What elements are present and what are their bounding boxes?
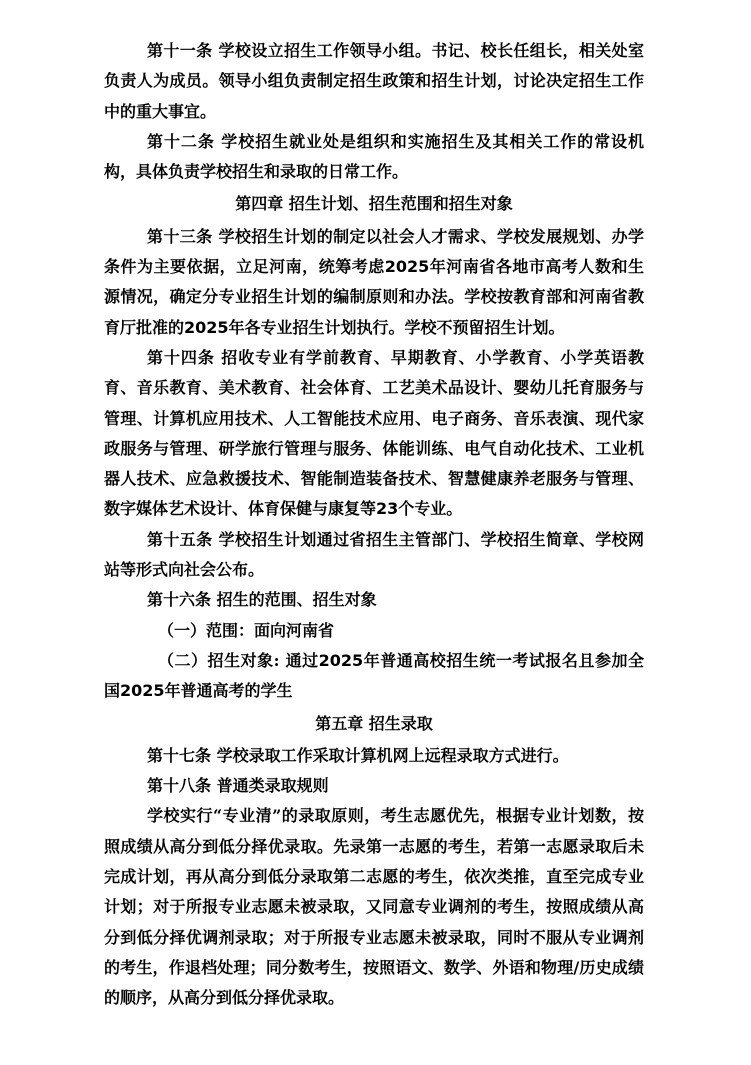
clause-paragraph: 第十八条 普通类录取规则	[104, 771, 644, 801]
bold-number: 23	[376, 499, 398, 518]
bold-number: 2025	[319, 651, 364, 670]
document-body: 第十一条 学校设立招生工作领导小组。书记、校长任组长，相关处室负责人为成员。领导…	[104, 36, 644, 1014]
bold-number: 2025	[385, 257, 430, 276]
text-run: 个专业。	[398, 499, 462, 518]
clause-paragraph: 第十七条 学校录取工作采取计算机网上远程录取方式进行。	[104, 741, 644, 771]
text-run: （一）范围：面向河南省	[158, 621, 334, 640]
text-run: 第十八条 普通类录取规则	[147, 776, 329, 795]
text-run: 第十五条 学校招生计划通过省招生主管部门、学校招生简章、学校网站等形式向社会公布…	[104, 530, 644, 579]
clause-paragraph: 第十一条 学校设立招生工作领导小组。书记、校长任组长，相关处室负责人为成员。领导…	[104, 36, 644, 127]
text-run: 第四章 招生计划、招生范围和招生对象	[235, 194, 513, 213]
clause-paragraph: 学校实行“专业清”的录取原则，考生志愿优先，根据专业计划数，按照成绩从高分到低分…	[104, 801, 644, 1013]
text-run: 年普通高考的学生	[165, 681, 293, 700]
text-run: 第十二条 学校招生就业处是组织和实施招生及其相关工作的常设机构，具体负责学校招生…	[104, 132, 644, 181]
chapter-heading: 第四章 招生计划、招生范围和招生对象	[104, 189, 644, 219]
bold-number: 2025	[120, 681, 165, 700]
text-run: 第十四条 招收专业有学前教育、早期教育、小学教育、小学英语教育、音乐教育、美术教…	[104, 348, 644, 518]
text-run: 第十七条 学校录取工作采取计算机网上远程录取方式进行。	[147, 746, 569, 765]
chapter-heading: 第五章 招生录取	[104, 709, 644, 739]
text-run: 年各专业招生计划执行。学校不预留招生计划。	[229, 318, 565, 337]
clause-paragraph: 第十四条 招收专业有学前教育、早期教育、小学教育、小学英语教育、音乐教育、美术教…	[104, 343, 644, 525]
text-run: 第十一条 学校设立招生工作领导小组。书记、校长任组长，相关处室负责人为成员。领导…	[104, 41, 644, 121]
document-page: 第十一条 学校设立招生工作领导小组。书记、校长任组长，相关处室负责人为成员。领导…	[0, 0, 751, 1065]
text-run: 第五章 招生录取	[315, 714, 433, 733]
list-item-paragraph: （二）招生对象: 通过2025年普通高校招生统一考试报名且参加全国2025年普通…	[104, 646, 644, 707]
list-item-paragraph: （一）范围：面向河南省	[104, 616, 644, 646]
text-run: 学校实行“专业清”的录取原则，考生志愿优先，根据专业计划数，按照成绩从高分到低分…	[104, 806, 644, 976]
bold-number: 2025	[184, 318, 229, 337]
clause-paragraph: 第十五条 学校招生计划通过省招生主管部门、学校招生简章、学校网站等形式向社会公布…	[104, 525, 644, 586]
clause-paragraph: 第十二条 学校招生就业处是组织和实施招生及其相关工作的常设机构，具体负责学校招生…	[104, 127, 644, 188]
clause-paragraph: 第十三条 学校招生计划的制定以社会人才需求、学校发展规划、办学条件为主要依据，立…	[104, 222, 644, 343]
text-run: （二）招生对象: 通过	[158, 651, 319, 670]
text-run: 第十六条 招生的范围、招生对象	[147, 590, 377, 609]
clause-paragraph: 第十六条 招生的范围、招生对象	[104, 585, 644, 615]
